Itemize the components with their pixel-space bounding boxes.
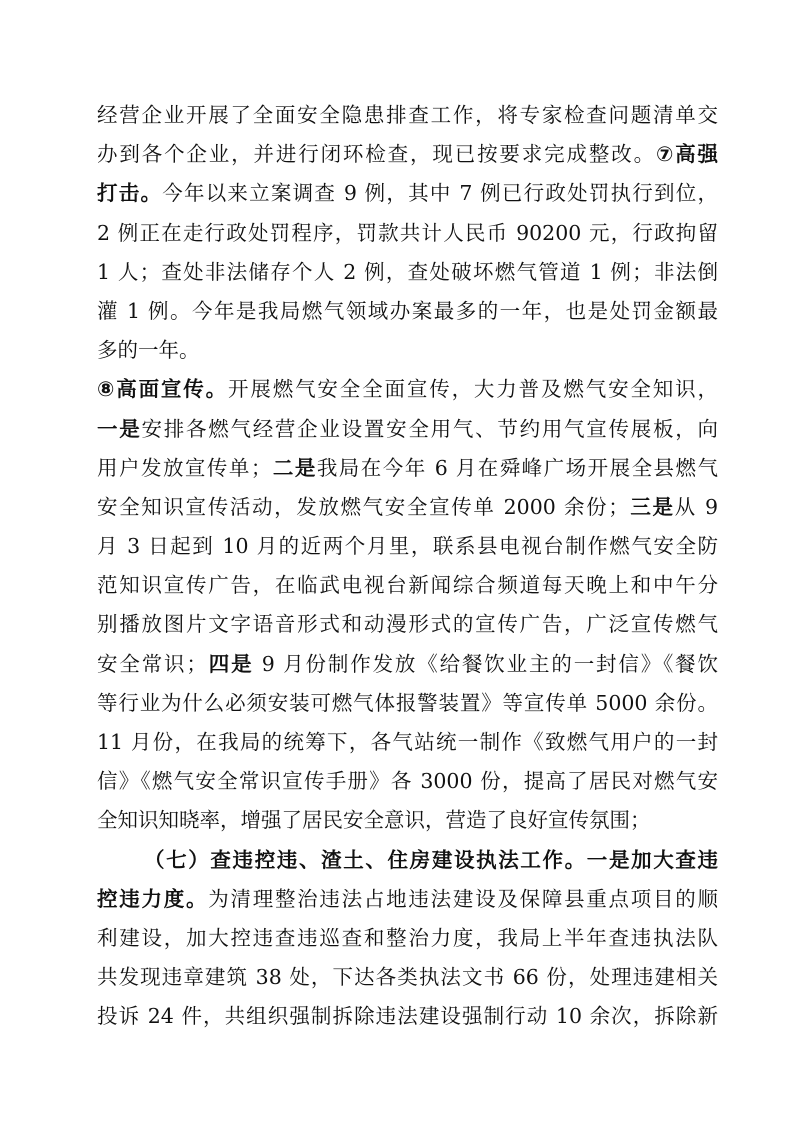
text-run: 办到各个企业，并进行闭环检查，现已按要求完成整改。 [97, 142, 656, 166]
text-run: 信》《燃气安全常识宣传手册》各 3000 份，提高了居民对燃气安 [97, 769, 718, 793]
text-run: 灌 1 例。今年是我局燃气领域办案最多的一年，也是处罚金额最 [97, 299, 718, 323]
text-run: 安全知识宣传活动，发放燃气安全宣传单 2000 余份； [97, 495, 629, 519]
text-run: 安排各燃气经营企业设置安全用气、节约用气宣传展板，向 [141, 417, 718, 441]
text-run: 投诉 24 件，共组织强制拆除违法建设强制行动 10 余次，拆除新 [97, 1004, 718, 1028]
text-line: 经营企业开展了全面安全隐患排查工作，将专家检查问题清单交 [97, 96, 718, 135]
bold-text-run: ⑦高强 [656, 142, 718, 166]
text-line: 月 3 日起到 10 月的近两个月里，联系县电视台制作燃气安全防 [97, 527, 718, 566]
bold-text-run: ⑧高面宣传。 [97, 377, 228, 401]
text-run: 全知识知晓率，增强了居民安全意识，营造了良好宣传氛围； [97, 808, 651, 832]
text-line: 全知识知晓率，增强了居民安全意识，营造了良好宣传氛围； [97, 801, 718, 840]
text-line: 2 例正在走行政处罚程序，罚款共计人民币 90200 元，行政拘留 [97, 214, 718, 253]
text-line: 控违力度。为清理整治违法占地违法建设及保障县重点项目的顺 [97, 880, 718, 919]
text-run: 2 例正在走行政处罚程序，罚款共计人民币 90200 元，行政拘留 [97, 221, 718, 245]
text-run: 11 月份，在我局的统筹下，各气站统一制作《致燃气用户的一封 [97, 730, 718, 754]
text-run: 范知识宣传广告，在临武电视台新闻综合频道每天晚上和中午分 [97, 573, 718, 597]
text-run: 为清理整治违法占地违法建设及保障县重点项目的顺 [208, 887, 718, 911]
text-run: 9 月份制作发放《给餐饮业主的一封信》《餐饮 [253, 652, 718, 676]
bold-text-run: 一是 [97, 417, 141, 441]
text-line: 11 月份，在我局的统筹下，各气站统一制作《致燃气用户的一封 [97, 723, 718, 762]
text-line: 安全知识宣传活动，发放燃气安全宣传单 2000 余份；三是从 9 [97, 488, 718, 527]
text-run: 共发现违章建筑 38 处，下达各类执法文书 66 份，处理违建相关 [97, 965, 718, 989]
text-line: 投诉 24 件，共组织强制拆除违法建设强制行动 10 余次，拆除新 [97, 997, 718, 1036]
text-run: 利建设，加大控违查违巡查和整治力度，我局上半年查违执法队 [97, 926, 718, 950]
text-run: 我局在今年 6 月在舜峰广场开展全县燃气 [317, 456, 718, 480]
text-run: 多的一年。 [97, 338, 200, 362]
text-line: 信》《燃气安全常识宣传手册》各 3000 份，提高了居民对燃气安 [97, 762, 718, 801]
text-run: 等行业为什么必须安装可燃气体报警装置》等宣传单 5000 余份。 [97, 691, 718, 715]
text-run: 今年以来立案调查 9 例，其中 7 例已行政处罚执行到位， [162, 181, 718, 205]
body-text: 经营企业开展了全面安全隐患排查工作，将专家检查问题清单交办到各个企业，并进行闭环… [97, 96, 718, 1037]
text-line: 等行业为什么必须安装可燃气体报警装置》等宣传单 5000 余份。 [97, 684, 718, 723]
bold-text-run: 打击。 [97, 181, 162, 205]
text-run: 用户发放宣传单； [97, 456, 271, 480]
text-line: 办到各个企业，并进行闭环检查，现已按要求完成整改。⑦高强 [97, 135, 718, 174]
text-line: ⑧高面宣传。开展燃气安全全面宣传，大力普及燃气安全知识， [97, 370, 718, 409]
text-line: 别播放图片文字语音形式和动漫形式的宣传广告，广泛宣传燃气 [97, 605, 718, 644]
text-line: 安全常识；四是 9 月份制作发放《给餐饮业主的一封信》《餐饮 [97, 645, 718, 684]
text-line: 用户发放宣传单；二是我局在今年 6 月在舜峰广场开展全县燃气 [97, 449, 718, 488]
text-line: （七）查违控违、渣土、住房建设执法工作。一是加大查违 [97, 841, 718, 880]
text-line: 灌 1 例。今年是我局燃气领域办案最多的一年，也是处罚金额最 [97, 292, 718, 331]
text-run: 别播放图片文字语音形式和动漫形式的宣传广告，广泛宣传燃气 [97, 612, 718, 636]
bold-text-run: 二是 [271, 456, 316, 480]
text-line: 多的一年。 [97, 331, 718, 370]
text-run: 月 3 日起到 10 月的近两个月里，联系县电视台制作燃气安全防 [97, 534, 718, 558]
document-page: 经营企业开展了全面安全隐患排查工作，将专家检查问题清单交办到各个企业，并进行闭环… [0, 0, 793, 1122]
bold-text-run: （七）查违控违、渣土、住房建设执法工作。一是加大查违 [144, 848, 718, 872]
text-run: 1 人；查处非法储存个人 2 例，查处破坏燃气管道 1 例；非法倒 [97, 260, 718, 284]
bold-text-run: 控违力度。 [97, 887, 208, 911]
bold-text-run: 三是 [629, 495, 675, 519]
text-line: 一是安排各燃气经营企业设置安全用气、节约用气宣传展板，向 [97, 410, 718, 449]
text-line: 1 人；查处非法储存个人 2 例，查处破坏燃气管道 1 例；非法倒 [97, 253, 718, 292]
bold-text-run: 四是 [207, 652, 254, 676]
text-line: 范知识宣传广告，在临武电视台新闻综合频道每天晚上和中午分 [97, 566, 718, 605]
text-run: 安全常识； [97, 652, 207, 676]
text-run: 经营企业开展了全面安全隐患排查工作，将专家检查问题清单交 [97, 103, 718, 127]
text-line: 打击。今年以来立案调查 9 例，其中 7 例已行政处罚执行到位， [97, 174, 718, 213]
text-run: 开展燃气安全全面宣传，大力普及燃气安全知识， [228, 377, 718, 401]
text-line: 利建设，加大控违查违巡查和整治力度，我局上半年查违执法队 [97, 919, 718, 958]
text-run: 从 9 [675, 495, 718, 519]
text-line: 共发现违章建筑 38 处，下达各类执法文书 66 份，处理违建相关 [97, 958, 718, 997]
